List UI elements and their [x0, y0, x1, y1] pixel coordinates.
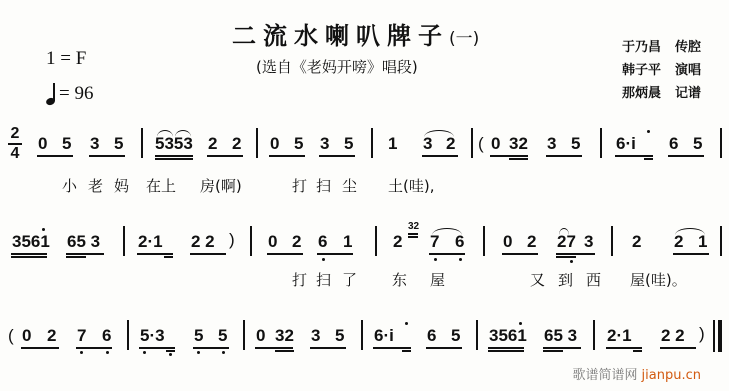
- note: 5: [218, 326, 227, 346]
- note: 3: [320, 134, 329, 154]
- note: 7: [430, 232, 439, 252]
- barline: [361, 320, 363, 350]
- note: 0: [256, 326, 265, 346]
- barline: [256, 128, 258, 158]
- song-subtitle: (选自《老妈开嗙》唱段): [256, 56, 418, 77]
- note: 0: [38, 134, 47, 154]
- note: 3: [547, 134, 556, 154]
- credit-name: 韩子平: [622, 59, 661, 82]
- song-title: 二流水喇叭牌子(一): [232, 16, 479, 51]
- credit-role: 记谱: [675, 82, 701, 105]
- note: 0: [503, 232, 512, 252]
- note: 1: [388, 134, 397, 154]
- credit-row: 韩子平演唱: [622, 59, 701, 82]
- note: 3: [311, 326, 320, 346]
- close-paren: ): [699, 324, 705, 344]
- note: 6: [318, 232, 327, 252]
- barline: [371, 128, 373, 158]
- open-paren: (: [478, 134, 484, 154]
- note-group: 65 3: [544, 326, 577, 346]
- time-sig-bottom: 4: [8, 146, 22, 162]
- credit-row: 于乃昌传腔: [622, 36, 701, 59]
- note: 1: [698, 232, 707, 252]
- note: 2: [674, 232, 683, 252]
- watermark-text: 歌谱简谱网: [573, 368, 638, 383]
- note: 7: [77, 326, 86, 346]
- note: 5: [344, 134, 353, 154]
- barline: [476, 320, 478, 350]
- quarter-note-icon: [46, 83, 56, 105]
- lyric: 小: [62, 175, 77, 196]
- credit-role: 演唱: [675, 59, 701, 82]
- note: 5: [294, 134, 303, 154]
- lyric: 打: [292, 175, 307, 196]
- note: 5: [62, 134, 71, 154]
- note: 3: [423, 134, 432, 154]
- note: 5: [571, 134, 580, 154]
- credit-name: 那炳晨: [622, 82, 661, 105]
- lyric: 西: [586, 269, 601, 290]
- lyric: 土(哇),: [388, 175, 434, 196]
- barline: [720, 128, 722, 158]
- lyric: 房(啊): [200, 175, 242, 196]
- lyric: 打: [292, 269, 307, 290]
- note: 2: [393, 232, 402, 252]
- grace-note: 32: [408, 222, 419, 232]
- lyric: 东: [392, 269, 407, 290]
- note: 2: [292, 232, 301, 252]
- note-group: 5·3: [140, 326, 165, 346]
- note: 6: [102, 326, 111, 346]
- score-line-1: 2 4 0 5 3 5 5353 2 2 0 5 3 5 1 3 2 ( 0 3…: [0, 120, 729, 200]
- title-suffix: (一): [449, 29, 479, 49]
- barline: [375, 226, 377, 256]
- barline: [483, 226, 485, 256]
- note-group: 2 2: [661, 326, 685, 346]
- note: 0: [268, 232, 277, 252]
- title-text: 二流水喇叭牌子: [232, 22, 449, 50]
- note-group: 5353: [155, 134, 193, 154]
- lyric: 尘: [342, 175, 357, 196]
- watermark-site: jianpu.cn: [642, 368, 701, 383]
- tempo-value: = 96: [59, 83, 93, 105]
- lyric: 老: [88, 175, 103, 196]
- lyric: 在上: [146, 175, 176, 196]
- note: 3: [90, 134, 99, 154]
- note: 2: [47, 326, 56, 346]
- open-paren: (: [8, 326, 14, 346]
- score-line-2: 3561 65 3 2·1 2 2 ) 0 2 6 1 2 32 7 6 0 2…: [0, 214, 729, 294]
- note-group: 6·i: [374, 326, 394, 346]
- barline: [243, 320, 245, 350]
- note: 5: [451, 326, 460, 346]
- note-group: 2 2: [191, 232, 215, 252]
- note: 1: [343, 232, 352, 252]
- note-group: 6·i: [616, 134, 636, 154]
- note-group: 27: [557, 232, 576, 252]
- note: 0: [22, 326, 31, 346]
- barline: [250, 226, 252, 256]
- note: 5: [194, 326, 203, 346]
- lyric: 到: [558, 269, 573, 290]
- note: 5: [114, 134, 123, 154]
- final-barline: [718, 320, 722, 352]
- credit-row: 那炳晨记谱: [622, 82, 701, 105]
- lyric: 了: [342, 269, 357, 290]
- lyric: 妈: [114, 175, 129, 196]
- barline: [141, 128, 143, 158]
- note: 0: [491, 134, 500, 154]
- credits: 于乃昌传腔 韩子平演唱 那炳晨记谱: [622, 36, 701, 105]
- barline: [720, 226, 722, 256]
- note-group: 2·1: [607, 326, 632, 346]
- barline: [600, 128, 602, 158]
- note: 2: [632, 232, 641, 252]
- note: 6: [455, 232, 464, 252]
- note: 2: [208, 134, 217, 154]
- key-signature: 1 = F: [46, 48, 86, 70]
- barline: [713, 320, 715, 352]
- note: 6: [427, 326, 436, 346]
- close-paren: ): [229, 230, 235, 250]
- lyric: 扫: [316, 269, 331, 290]
- note-group: 2·1: [138, 232, 163, 252]
- tempo-marking: = 96: [46, 83, 93, 105]
- note: 2: [527, 232, 536, 252]
- note-group: 3561: [12, 232, 50, 252]
- time-signature: 2 4: [8, 126, 22, 162]
- lyric: 屋: [430, 269, 445, 290]
- note: 2: [446, 134, 455, 154]
- lyric: 扫: [316, 175, 331, 196]
- barline: [127, 320, 129, 350]
- note-group: 65 3: [67, 232, 100, 252]
- note: 5: [693, 134, 702, 154]
- credit-name: 于乃昌: [622, 36, 661, 59]
- barline: [123, 226, 125, 256]
- barline: [471, 128, 473, 158]
- note: 5: [335, 326, 344, 346]
- note: 3: [584, 232, 593, 252]
- lyric: 又: [530, 269, 545, 290]
- note-group: 32: [509, 134, 528, 154]
- note: 2: [232, 134, 241, 154]
- watermark: 歌谱简谱网jianpu.cn: [573, 364, 701, 383]
- note: 0: [270, 134, 279, 154]
- lyric: 屋(哇)。: [630, 269, 687, 290]
- credit-role: 传腔: [675, 36, 701, 59]
- barline: [593, 320, 595, 350]
- note: 6: [669, 134, 678, 154]
- time-sig-top: 2: [8, 126, 22, 142]
- note-group: 32: [275, 326, 294, 346]
- barline: [611, 226, 613, 256]
- note-group: 3561: [489, 326, 527, 346]
